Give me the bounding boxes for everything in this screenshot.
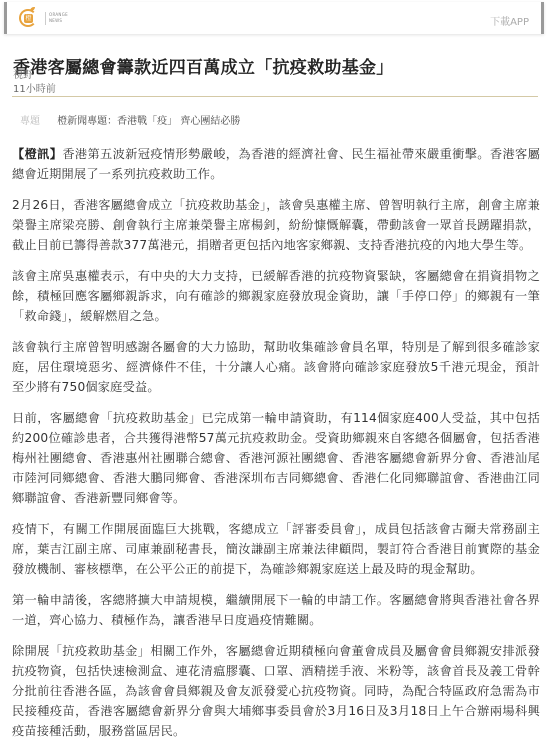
lead-tag: 【橙訊】 — [12, 147, 62, 161]
orange-news-logo[interactable]: 橙 — [19, 7, 41, 29]
paragraph-text: 香港第五波新冠疫情形勢嚴峻，為香港的經濟社會、民生福祉帶來嚴重衝擊。香港客屬總會… — [12, 147, 540, 181]
header-divider — [12, 96, 538, 97]
topic-row: 專題 橙新聞專題：香港戰「疫」 齊心團結必勝 — [20, 112, 240, 127]
topic-link[interactable]: 橙新聞專題：香港戰「疫」 齊心團結必勝 — [57, 116, 240, 127]
topic-label: 專題 — [20, 116, 40, 127]
article-body: 【橙訊】香港第五波新冠疫情形勢嚴峻，為香港的經濟社會、民生福祉帶來嚴重衝擊。香港… — [12, 144, 540, 688]
article-paragraph: 第一輪申請後，客總將擴大申請規模，繼續開展下一輪的申請工作。客屬總會將與香港社會… — [12, 590, 540, 630]
article-time: 11小時前 — [13, 80, 56, 95]
article-paragraph: 日前，客屬總會「抗疫救助基金」已完成第一輪申請資助，有114個家庭400人受益，… — [12, 408, 540, 508]
top-bar: 橙 ORANGE NEWS 下載APP — [4, 2, 544, 34]
article-paragraph: 2月26日，香港客屬總會成立「抗疫救助基金」，該會吳惠權主席、曾智明執行主席，創… — [12, 195, 540, 255]
logo-leaf-icon — [30, 7, 35, 11]
article-source[interactable]: 視野 — [13, 66, 33, 81]
logo-divider — [45, 12, 46, 25]
article-paragraph: 除開展「抗疫救助基金」相關工作外，客屬總會近期積極向會董會成員及屬會會員鄉親安排… — [12, 641, 540, 688]
article-paragraph: 【橙訊】香港第五波新冠疫情形勢嚴峻，為香港的經濟社會、民生福祉帶來嚴重衝擊。香港… — [12, 144, 540, 184]
download-app-button[interactable]: 下載APP — [490, 13, 529, 28]
logo-text: ORANGE NEWS — [49, 12, 68, 24]
article-title: 香港客屬總會籌款近四百萬成立「抗疫救助基金」 — [13, 53, 394, 78]
article-paragraph: 該會執行主席曾智明感謝各屬會的大力協助，幫助收集確診會員名單，特別是了解到很多確… — [12, 337, 540, 397]
logo-text-line2: NEWS — [49, 18, 68, 24]
article-paragraph: 疫情下，有關工作開展面臨巨大挑戰，客總成立「評審委員會」，成員包括該會古爾夫常務… — [12, 519, 540, 579]
logo-char: 橙 — [24, 14, 33, 23]
article-paragraph: 該會主席吳惠權表示，有中央的大力支持，已緩解香港的抗疫物資緊缺，客屬總會在捐資捐… — [12, 266, 540, 326]
